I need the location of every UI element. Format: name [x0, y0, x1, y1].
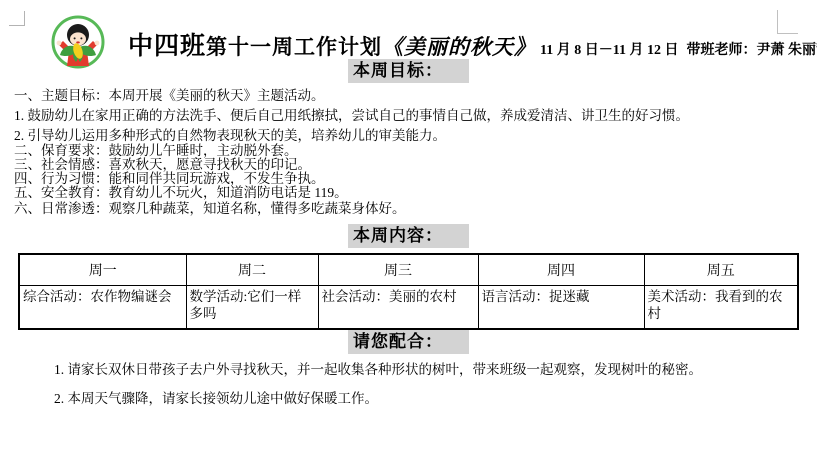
activity-friday: 美术活动：我看到的农村	[644, 286, 798, 330]
goal-line: 三、社会情感：喜欢秋天，愿意寻找秋天的印记。	[14, 158, 811, 172]
day-header-tuesday: 周二	[186, 254, 318, 286]
activity-monday: 综合活动：农作物编谜会	[19, 286, 186, 330]
table-activity-row: 综合活动：农作物编谜会 数学活动:它们一样多吗 社会活动：美丽的农村 语言活动：…	[19, 286, 798, 330]
parent-cooperation-list: 1. 请家长双休日带孩子去户外寻找秋天，并一起收集各种形状的树叶，带来班级一起观…	[54, 362, 799, 406]
section-heading-parent-cooperation: 请您配合：	[0, 327, 817, 352]
day-header-thursday: 周四	[478, 254, 644, 286]
day-header-wednesday: 周三	[318, 254, 478, 286]
goal-line: 1. 鼓励幼儿在家用正确的方法洗手、便后自己用纸擦拭，尝试自己的事情自己做，养成…	[14, 109, 811, 123]
goal-line: 二、保育要求：鼓励幼儿午睡时，主动脱外套。	[14, 144, 811, 158]
activity-wednesday: 社会活动：美丽的农村	[318, 286, 478, 330]
activity-thursday: 语言活动：捉迷藏	[478, 286, 644, 330]
weekly-goals-list: 一、主题目标：本周开展《美丽的秋天》主题活动。 1. 鼓励幼儿在家用正确的方法洗…	[14, 89, 811, 216]
day-header-monday: 周一	[19, 254, 186, 286]
table-header-row: 周一 周二 周三 周四 周五	[19, 254, 798, 286]
goal-line: 一、主题目标：本周开展《美丽的秋天》主题活动。	[14, 89, 811, 103]
document-page: 中四班第十一周工作计划《美丽的秋天》 11 月 8 日－11 月 12 日 带班…	[0, 0, 817, 449]
day-header-friday: 周五	[644, 254, 798, 286]
cooperation-line: 1. 请家长双休日带孩子去户外寻找秋天，并一起收集各种形状的树叶，带来班级一起观…	[54, 362, 799, 377]
cooperation-line: 2. 本周天气骤降，请家长接领幼儿途中做好保暖工作。	[54, 391, 799, 406]
goal-line: 四、行为习惯：能和同伴共同玩游戏，不发生争执。	[14, 172, 811, 186]
section-heading-weekly-goals: 本周目标：	[0, 56, 817, 81]
page-corner-mark-left	[9, 11, 25, 26]
weekly-schedule-table: 周一 周二 周三 周四 周五 综合活动：农作物编谜会 数学活动:它们一样多吗 社…	[18, 253, 799, 330]
activity-tuesday: 数学活动:它们一样多吗	[186, 286, 318, 330]
section-heading-weekly-content: 本周内容：	[0, 221, 817, 246]
goal-line: 2. 引导幼儿运用多种形式的自然物表现秋天的美，培养幼儿的审美能力。	[14, 129, 811, 143]
goal-line: 六、日常渗透：观察几种蔬菜，知道名称，懂得多吃蔬菜身体好。	[14, 202, 811, 216]
goal-line: 五、安全教育：教育幼儿不玩火，知道消防电话是 119。	[14, 186, 811, 200]
